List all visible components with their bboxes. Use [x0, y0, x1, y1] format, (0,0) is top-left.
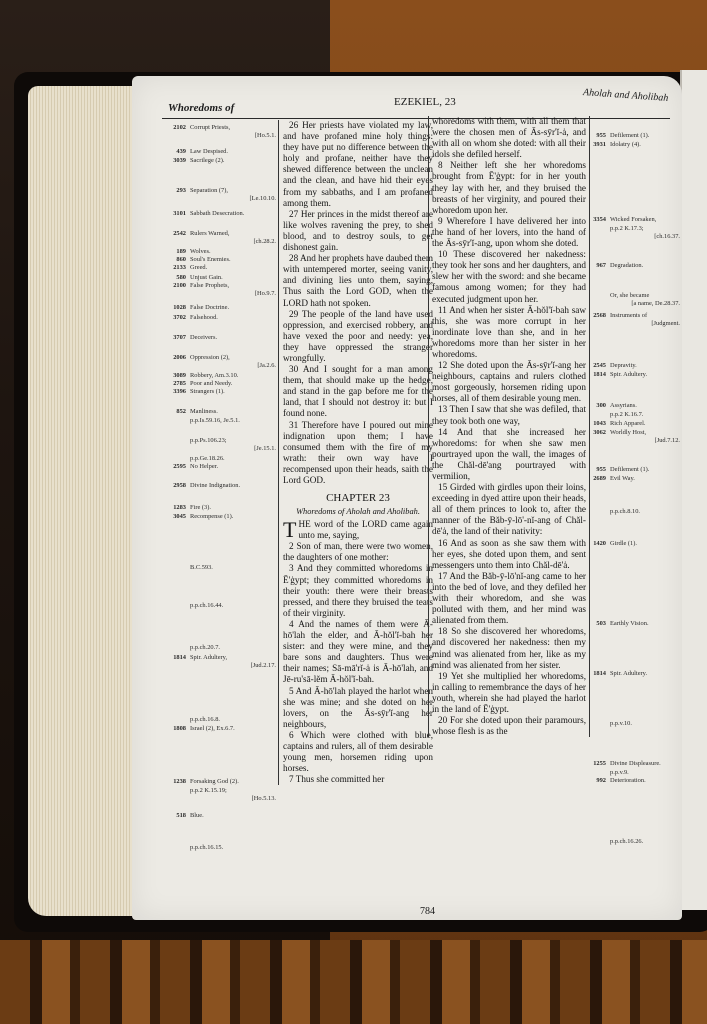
topic-text: Recompense (1). — [190, 513, 233, 520]
margin-reference: p.p.Ge.18.26. — [166, 455, 278, 463]
verse: 15 Girded with girdles upon their loins,… — [432, 482, 586, 537]
margin-reference: p.p.ch.16.44. — [166, 602, 278, 610]
margin-reference: 300Assyrians. — [586, 402, 682, 410]
topic-text: Law Despised. — [190, 148, 228, 155]
reference-continuation: [Jud.7.12. — [586, 437, 682, 445]
verse: 14 And that she increased her whoredoms:… — [432, 427, 586, 482]
topic-number: 3702 — [166, 314, 186, 322]
topic-text: p.p.ch.16.8. — [190, 716, 220, 723]
topic-text: Idolatry (4). — [610, 141, 641, 148]
topic-number: 1808 — [166, 725, 186, 733]
topic-number: 189 — [166, 248, 186, 256]
reference-continuation: [Ja.2.6. — [166, 362, 278, 370]
margin-reference: 1283Fire (3). — [166, 504, 278, 512]
topic-text: Oppression (2), — [190, 354, 230, 361]
topic-number: 503 — [586, 620, 606, 628]
topic-number: 3396 — [166, 388, 186, 396]
facing-page-edge — [680, 70, 707, 910]
drop-cap: T — [283, 521, 296, 539]
topic-text: Strangers (1). — [190, 388, 225, 395]
margin-reference: 3039Sacrilege (2). — [166, 157, 278, 165]
header-rule — [162, 118, 670, 119]
topic-number: 2545 — [586, 362, 606, 370]
topic-number: 852 — [166, 408, 186, 416]
margin-reference: 3062Worldly Host,[Jud.7.12. — [586, 429, 682, 445]
topic-text: p.p.Ge.18.26. — [190, 455, 225, 462]
verse: 6 Which were clothed with blue, captains… — [283, 730, 433, 774]
margin-reference: p.p.v.9. — [586, 769, 682, 777]
topic-text: Earthly Vision. — [610, 620, 649, 627]
topic-number: 3089 — [166, 372, 186, 380]
margin-reference: B.C.593. — [166, 564, 278, 572]
topic-number: 992 — [586, 777, 606, 785]
topic-number: 1814 — [586, 371, 606, 379]
margin-reference: 2102Corrupt Priests,[Ho.5.1. — [166, 124, 278, 140]
verse: 5 And Ā-hō'lah played the harlot when sh… — [283, 686, 433, 730]
book-chapter-title: EZEKIEL, 23 — [394, 96, 456, 108]
topic-number: 580 — [166, 274, 186, 282]
verse: 4 And the names of them were Ā-hō'lah th… — [283, 619, 433, 686]
verse: 2 Son of man, there were two women, the … — [283, 541, 433, 563]
verse: 8 Neither left she her whoredoms brought… — [432, 160, 586, 215]
margin-reference: p.p.ch.20.7. — [166, 644, 278, 652]
margin-reference: 580Unjust Gain. — [166, 274, 278, 282]
verse: 28 And her prophets have daubed them wit… — [283, 253, 433, 308]
margin-reference: 2785Poor and Needy. — [166, 380, 278, 388]
margin-reference: 1808Israel (2), Ex.6.7. — [166, 725, 278, 733]
verse: whoredoms with them, with all them that … — [432, 116, 586, 160]
topic-text: Corrupt Priests, — [190, 124, 230, 131]
margin-reference: p.p.ch.8.10. — [586, 508, 682, 516]
topic-number: 1814 — [586, 670, 606, 678]
reference-continuation: [Ho.5.13. — [166, 795, 278, 803]
text-column-2: whoredoms with them, with all them that … — [428, 116, 590, 737]
topic-text: Manliness. — [190, 408, 218, 415]
verse: 13 Then I saw that she was defiled, that… — [432, 404, 586, 426]
margin-reference: 2595No Helper. — [166, 463, 278, 471]
topic-number: 2133 — [166, 264, 186, 272]
topic-text: p.p.ch.20.7. — [190, 644, 220, 651]
topic-number: 1420 — [586, 540, 606, 548]
topic-text: Israel (2), Ex.6.7. — [190, 725, 235, 732]
topic-text: Sabbath Desecration. — [190, 210, 244, 217]
topic-number: 439 — [166, 148, 186, 156]
margin-reference: 518Blue. — [166, 812, 278, 820]
topic-text: Girdle (1). — [610, 540, 637, 547]
topic-text: p.p.v.10. — [610, 720, 632, 727]
verse: 31 Therefore have I poured out mine indi… — [283, 420, 433, 487]
topic-text: p.p.2 K.16.7. — [610, 411, 643, 418]
topic-text: Wolves. — [190, 248, 211, 255]
margin-reference: 439Law Despised. — [166, 148, 278, 156]
chapter-heading: CHAPTER 23 — [283, 492, 433, 504]
topic-text: p.p.v.9. — [610, 769, 629, 776]
topic-text: Deterioration. — [610, 777, 646, 784]
topic-number: 300 — [586, 402, 606, 410]
verse: 11 And when her sister Ā-hŏl'ĭ-bah saw t… — [432, 305, 586, 360]
topic-text: Assyrians. — [610, 402, 637, 409]
topic-text: Sacrilege (2). — [190, 157, 224, 164]
topic-text: Soul's Enemies. — [190, 256, 231, 263]
reference-continuation: [Ho.5.1. — [166, 132, 278, 140]
margin-reference: p.p.v.10. — [586, 720, 682, 728]
running-head-right: Aholah and Aholibah — [582, 87, 668, 104]
margin-reference: Or, she became[a name, De.28.37. — [586, 292, 682, 308]
topic-number: 1814 — [166, 654, 186, 662]
verse: 30 And I sought for a man among them, th… — [283, 364, 433, 419]
topic-text: B.C.593. — [190, 564, 213, 571]
page-edges-left — [28, 86, 148, 916]
topic-number: 1238 — [166, 778, 186, 786]
reference-continuation: [Jud.2.17. — [166, 662, 278, 670]
margin-reference: 2958Divine Indignation. — [166, 482, 278, 490]
topic-text: Blue. — [190, 812, 204, 819]
reference-continuation: [Je.15.1. — [166, 445, 278, 453]
topic-number: 2958 — [166, 482, 186, 490]
topic-number: 2689 — [586, 475, 606, 483]
text-column-1: 26 Her priests have violated my law, and… — [278, 120, 433, 785]
margin-reference: 3089Robbery, Am.3.10. — [166, 372, 278, 380]
margin-reference: 3931Idolatry (4). — [586, 141, 682, 149]
topic-text: Falsehood. — [190, 314, 218, 321]
margin-reference: 1814Spir. Adultery. — [586, 371, 682, 379]
margin-reference: 860Soul's Enemies. — [166, 256, 278, 264]
margin-reference: 3101Sabbath Desecration. — [166, 210, 278, 218]
margin-reference: 852Manliness. — [166, 408, 278, 416]
margin-reference: 3707Deceivers. — [166, 334, 278, 342]
topic-text: p.p.2 K.15.19; — [190, 787, 227, 794]
topic-text: Instruments of — [610, 312, 647, 319]
margin-reference: 3702Falsehood. — [166, 314, 278, 322]
reference-continuation: [Le.10.10. — [166, 195, 278, 203]
margin-reference: p.p.Ps.106.23;[Je.15.1. — [166, 437, 278, 453]
margin-reference: 955Defilement (1). — [586, 132, 682, 140]
running-header: Whoredoms of EZEKIEL, 23 Aholah and Ahol… — [132, 76, 682, 116]
verse: 12 She doted upon the Ās-sȳr'ĭ-ang her n… — [432, 360, 586, 404]
topic-text: Defilement (1). — [610, 132, 649, 139]
topic-text: Evil Way. — [610, 475, 635, 482]
topic-number: 955 — [586, 466, 606, 474]
topic-number: 2785 — [166, 380, 186, 388]
topic-text: Spir. Adultery. — [610, 371, 647, 378]
reference-continuation: [ch.16.37. — [586, 233, 682, 241]
verse: 27 Her princes in the midst thereof are … — [283, 209, 433, 253]
topic-text: Degradation. — [610, 262, 643, 269]
topic-text: False Prophets, — [190, 282, 229, 289]
topic-text: p.p.ch.16.44. — [190, 602, 223, 609]
margin-reference: 3396Strangers (1). — [166, 388, 278, 396]
reference-continuation: [a name, De.28.37. — [586, 300, 682, 308]
topic-text: p.p.ch.16.15. — [190, 844, 223, 851]
margin-reference: 1238Forsaking God (2). — [166, 778, 278, 786]
margin-reference: p.p.Is.59.16, Je.5.1. — [166, 417, 278, 425]
reference-continuation: [ch.28.2. — [166, 238, 278, 246]
margin-reference: 503Earthly Vision. — [586, 620, 682, 628]
topic-text: Unjust Gain. — [190, 274, 223, 281]
topic-text: Deceivers. — [190, 334, 217, 341]
verse: 19 Yet she multiplied her whoredoms, in … — [432, 671, 586, 715]
topic-text: Worldly Host, — [610, 429, 646, 436]
topic-text: p.p.ch.16.26. — [610, 838, 643, 845]
topic-text: Spir. Adultery, — [190, 654, 227, 661]
topic-text: Divine Displeasure. — [610, 760, 661, 767]
running-head-left: Whoredoms of — [168, 102, 234, 114]
margin-reference: 1028False Doctrine. — [166, 304, 278, 312]
topic-number: 1255 — [586, 760, 606, 768]
topic-number: 955 — [586, 132, 606, 140]
topic-number: 293 — [166, 187, 186, 195]
margin-reference: 955Defilement (1). — [586, 466, 682, 474]
margin-reference: 1043Rich Apparel. — [586, 420, 682, 428]
topic-text: Rulers Warned, — [190, 230, 229, 237]
topic-number: 3707 — [166, 334, 186, 342]
topic-text: Or, she became — [610, 292, 649, 299]
margin-reference: 2006Oppression (2),[Ja.2.6. — [166, 354, 278, 370]
margin-reference: 2100False Prophets,[Ho.9.7. — [166, 282, 278, 298]
reference-continuation: [Judgment. — [586, 320, 682, 328]
margin-reference: p.p.2 K.16.7. — [586, 411, 682, 419]
margin-reference: 992Deterioration. — [586, 777, 682, 785]
verse: 10 These discovered her nakedness: they … — [432, 249, 586, 304]
topic-text: Depravity. — [610, 362, 637, 369]
margin-reference: 2133Greed. — [166, 264, 278, 272]
margin-reference: 1814Spir. Adultery,[Jud.2.17. — [166, 654, 278, 670]
topic-number: 3062 — [586, 429, 606, 437]
verse: 16 And as soon as she saw them with her … — [432, 538, 586, 571]
margin-reference: 2542Rulers Warned,[ch.28.2. — [166, 230, 278, 246]
verse: 26 Her priests have violated my law, and… — [283, 120, 433, 209]
topic-text: p.p.Ps.106.23; — [190, 437, 227, 444]
chapter-subtitle: Whoredoms of Aholah and Aholibah. — [283, 507, 433, 516]
topic-number: 1043 — [586, 420, 606, 428]
topic-text: Wicked Forsaken, — [610, 216, 656, 223]
topic-text: Poor and Needy. — [190, 380, 232, 387]
topic-number: 3354 — [586, 216, 606, 224]
topic-text: Separation (7), — [190, 187, 228, 194]
topic-text: p.p.Is.59.16, Je.5.1. — [190, 417, 240, 424]
verse: 17 And the Băb-ȳ-lō'nĭ-ang came to her i… — [432, 571, 586, 626]
topic-text: Rich Apparel. — [610, 420, 646, 427]
verse: 18 So she discovered her whoredoms, and … — [432, 626, 586, 670]
topic-number: 2568 — [586, 312, 606, 320]
wood-grain-bottom — [0, 940, 707, 1024]
topic-number: 1283 — [166, 504, 186, 512]
topic-text: Divine Indignation. — [190, 482, 240, 489]
margin-reference: 2568Instruments of[Judgment. — [586, 312, 682, 328]
margin-reference: p.p.ch.16.26. — [586, 838, 682, 846]
verse: 7 Thus she committed her — [283, 774, 433, 785]
page-number: 784 — [420, 906, 435, 917]
margin-reference: 1420Girdle (1). — [586, 540, 682, 548]
topic-number: 967 — [586, 262, 606, 270]
margin-reference: p.p.ch.16.8. — [166, 716, 278, 724]
topic-number: 2102 — [166, 124, 186, 132]
verse: 3 And they committed whoredoms in Ē'ġypt… — [283, 563, 433, 618]
margin-reference: p.p.2 K.17.3;[ch.16.37. — [586, 225, 682, 241]
verse-1: THE word of the LORD came again unto me,… — [283, 519, 433, 541]
topic-text: Defilement (1). — [610, 466, 649, 473]
topic-number: 860 — [166, 256, 186, 264]
topic-number: 2542 — [166, 230, 186, 238]
topic-number: 3039 — [166, 157, 186, 165]
margin-reference: 189Wolves. — [166, 248, 278, 256]
topic-number: 3101 — [166, 210, 186, 218]
margin-reference: 293Separation (7),[Le.10.10. — [166, 187, 278, 203]
margin-reference: 2689Evil Way. — [586, 475, 682, 483]
margin-reference: 3045Recompense (1). — [166, 513, 278, 521]
reference-continuation: [Ho.9.7. — [166, 290, 278, 298]
margin-reference: 1814Spir. Adultery. — [586, 670, 682, 678]
margin-reference: 3354Wicked Forsaken, — [586, 216, 682, 224]
topic-text: Forsaking God (2). — [190, 778, 239, 785]
topic-text: Robbery, Am.3.10. — [190, 372, 238, 379]
topic-number: 2595 — [166, 463, 186, 471]
topic-number: 3931 — [586, 141, 606, 149]
topic-number: 1028 — [166, 304, 186, 312]
topic-text: False Doctrine. — [190, 304, 229, 311]
margin-reference: 967Degradation. — [586, 262, 682, 270]
topic-text: Fire (3). — [190, 504, 211, 511]
topic-number: 2100 — [166, 282, 186, 290]
topic-text: p.p.ch.8.10. — [610, 508, 640, 515]
topic-text: Greed. — [190, 264, 207, 271]
topic-number: 2006 — [166, 354, 186, 362]
topic-text: p.p.2 K.17.3; — [610, 225, 644, 232]
topic-text: Spir. Adultery. — [610, 670, 647, 677]
margin-reference: p.p.2 K.15.19;[Ho.5.13. — [166, 787, 278, 803]
topic-text: No Helper. — [190, 463, 218, 470]
topic-number: 518 — [166, 812, 186, 820]
margin-reference: p.p.ch.16.15. — [166, 844, 278, 852]
verse: 9 Wherefore I have delivered her into th… — [432, 216, 586, 249]
verse: 29 The people of the land have used oppr… — [283, 309, 433, 364]
margin-reference: 1255Divine Displeasure. — [586, 760, 682, 768]
bible-page: Whoredoms of EZEKIEL, 23 Aholah and Ahol… — [132, 76, 682, 920]
margin-reference: 2545Depravity. — [586, 362, 682, 370]
topic-number: 3045 — [166, 513, 186, 521]
verse: 20 For she doted upon their paramours, w… — [432, 715, 586, 737]
